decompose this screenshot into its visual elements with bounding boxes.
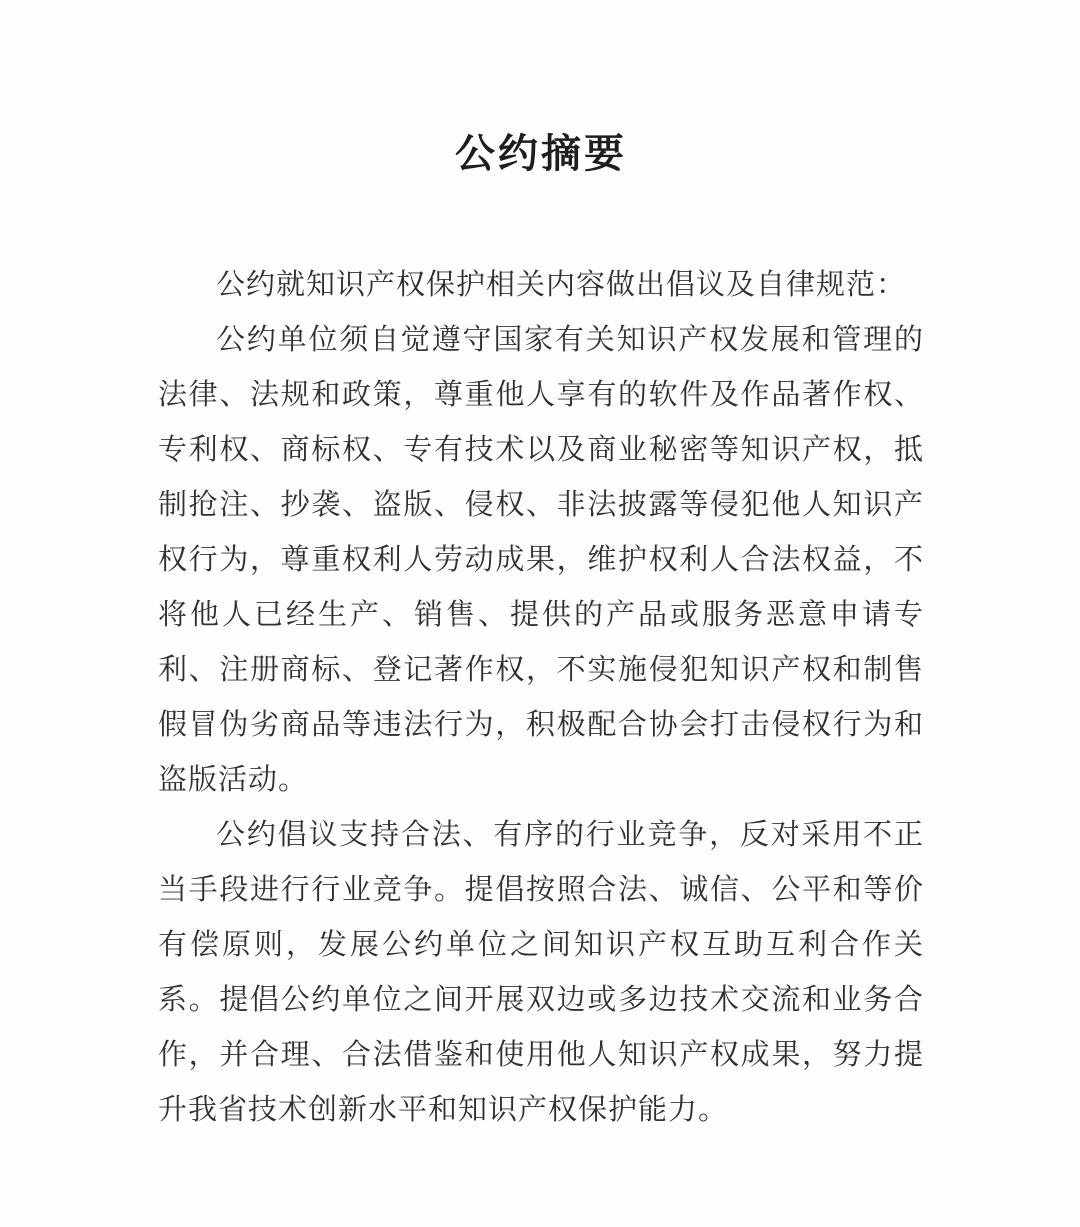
- paragraph-intro: 公约就知识产权保护相关内容做出倡议及自律规范：: [158, 258, 924, 313]
- page-title: 公约摘要: [158, 130, 924, 178]
- paragraph-compliance: 公约单位须自觉遵守国家有关知识产权发展和管理的法律、法规和政策，尊重他人享有的软…: [158, 313, 924, 808]
- paragraph-cooperation: 公约倡议支持合法、有序的行业竞争，反对采用不正当手段进行行业竞争。提倡按照合法、…: [158, 808, 924, 1138]
- document-page: 公约摘要 公约就知识产权保护相关内容做出倡议及自律规范： 公约单位须自觉遵守国家…: [0, 0, 1080, 1227]
